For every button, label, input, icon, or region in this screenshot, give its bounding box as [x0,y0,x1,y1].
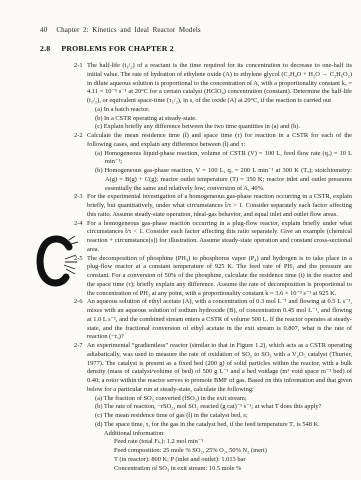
problem-text: For a homogeneous gas-phase reaction occ… [87,220,352,255]
problem-2-6: 2-6 An aqueous solution of ethyl acetate… [74,298,352,342]
problem-text: For the experimental investigation of a … [87,193,352,219]
problem-number: 2-3 [74,193,83,202]
problem-2-4: 2-4 For a homogeneous gas-phase reaction… [74,220,352,255]
problem-2-1: 2-1 The half-life (t₁/₂) of a reactant i… [74,62,352,132]
problem-subitem: (a) The fraction of SO₂ converted (fSO₂)… [95,395,352,404]
additional-info-line: T (in reactor): 800 K; P (inlet and outl… [114,456,352,465]
problem-text: The decomposition of phosphine (PH₃) to … [87,255,352,299]
section-number: 2.8 [40,44,50,53]
problem-subitem: (a) In a batch reactor. [95,106,352,115]
section-heading: 2.8 PROBLEMS FOR CHAPTER 2 [40,44,352,53]
problem-text: Calculate the mean residence time (t̄) a… [87,132,352,150]
problem-number: 2-2 [74,132,83,141]
problem-subitem: (c) The mean residence time of gas (t̄) … [95,412,352,421]
problems-list: 2-1 The half-life (t₁/₂) of a reactant i… [74,62,352,473]
problem-text: The half-life (t₁/₂) of a reactant is th… [87,62,352,106]
textbook-page: 40 Chapter 2: Kinetics and Ideal Reactor… [0,0,361,480]
problem-2-2: 2-2 Calculate the mean residence time (t… [74,132,352,193]
problem-subitem: (b) The rate of reaction, −rSO₂, mol SO₂… [95,403,352,412]
problem-text: An experimental “gradientless” reactor (… [87,342,352,395]
problem-number: 2-7 [74,342,83,351]
problem-subitem: (c) Explain briefly any difference betwe… [95,123,352,132]
problem-subitem: (b) In a CSTR operating at steady-state. [95,115,352,124]
handwritten-c-scribble-icon [36,234,78,288]
additional-info-line: Concentration of SO₃ in exit stream: 10.… [114,465,352,474]
problem-number: 2-4 [74,220,83,229]
section-title: PROBLEMS FOR CHAPTER 2 [61,44,173,53]
problem-2-7: 2-7 An experimental “gradientless” react… [74,342,352,473]
problem-2-5: 2-5 The decomposition of phosphine (PH₃)… [74,255,352,299]
additional-info-line: Feed composition: 25 mole % SO₂, 25% O₂,… [114,447,352,456]
chapter-title: Chapter 2: Kinetics and Ideal Reactor Mo… [56,26,201,34]
problem-subitem: (d) The space time, τ, for the gas in th… [95,421,352,430]
additional-info-line: Feed rate (total Fₜₒ): 1.2 mol min⁻¹ [114,438,352,447]
problem-2-3: 2-3 For the experimental investigation o… [74,193,352,219]
problem-number: 2-1 [74,62,83,71]
problem-subitem: (a) Homogeneous liquid-phase reaction, v… [95,150,352,168]
problem-text: An aqueous solution of ethyl acetate (A)… [87,298,352,342]
additional-info-label: Additional information: [104,430,352,439]
problem-number: 2-6 [74,298,83,307]
page-number: 40 [40,26,47,34]
problem-subitem: (b) Homogeneous gas-phase reaction, V = … [95,167,352,193]
running-header: 40 Chapter 2: Kinetics and Ideal Reactor… [40,26,352,34]
